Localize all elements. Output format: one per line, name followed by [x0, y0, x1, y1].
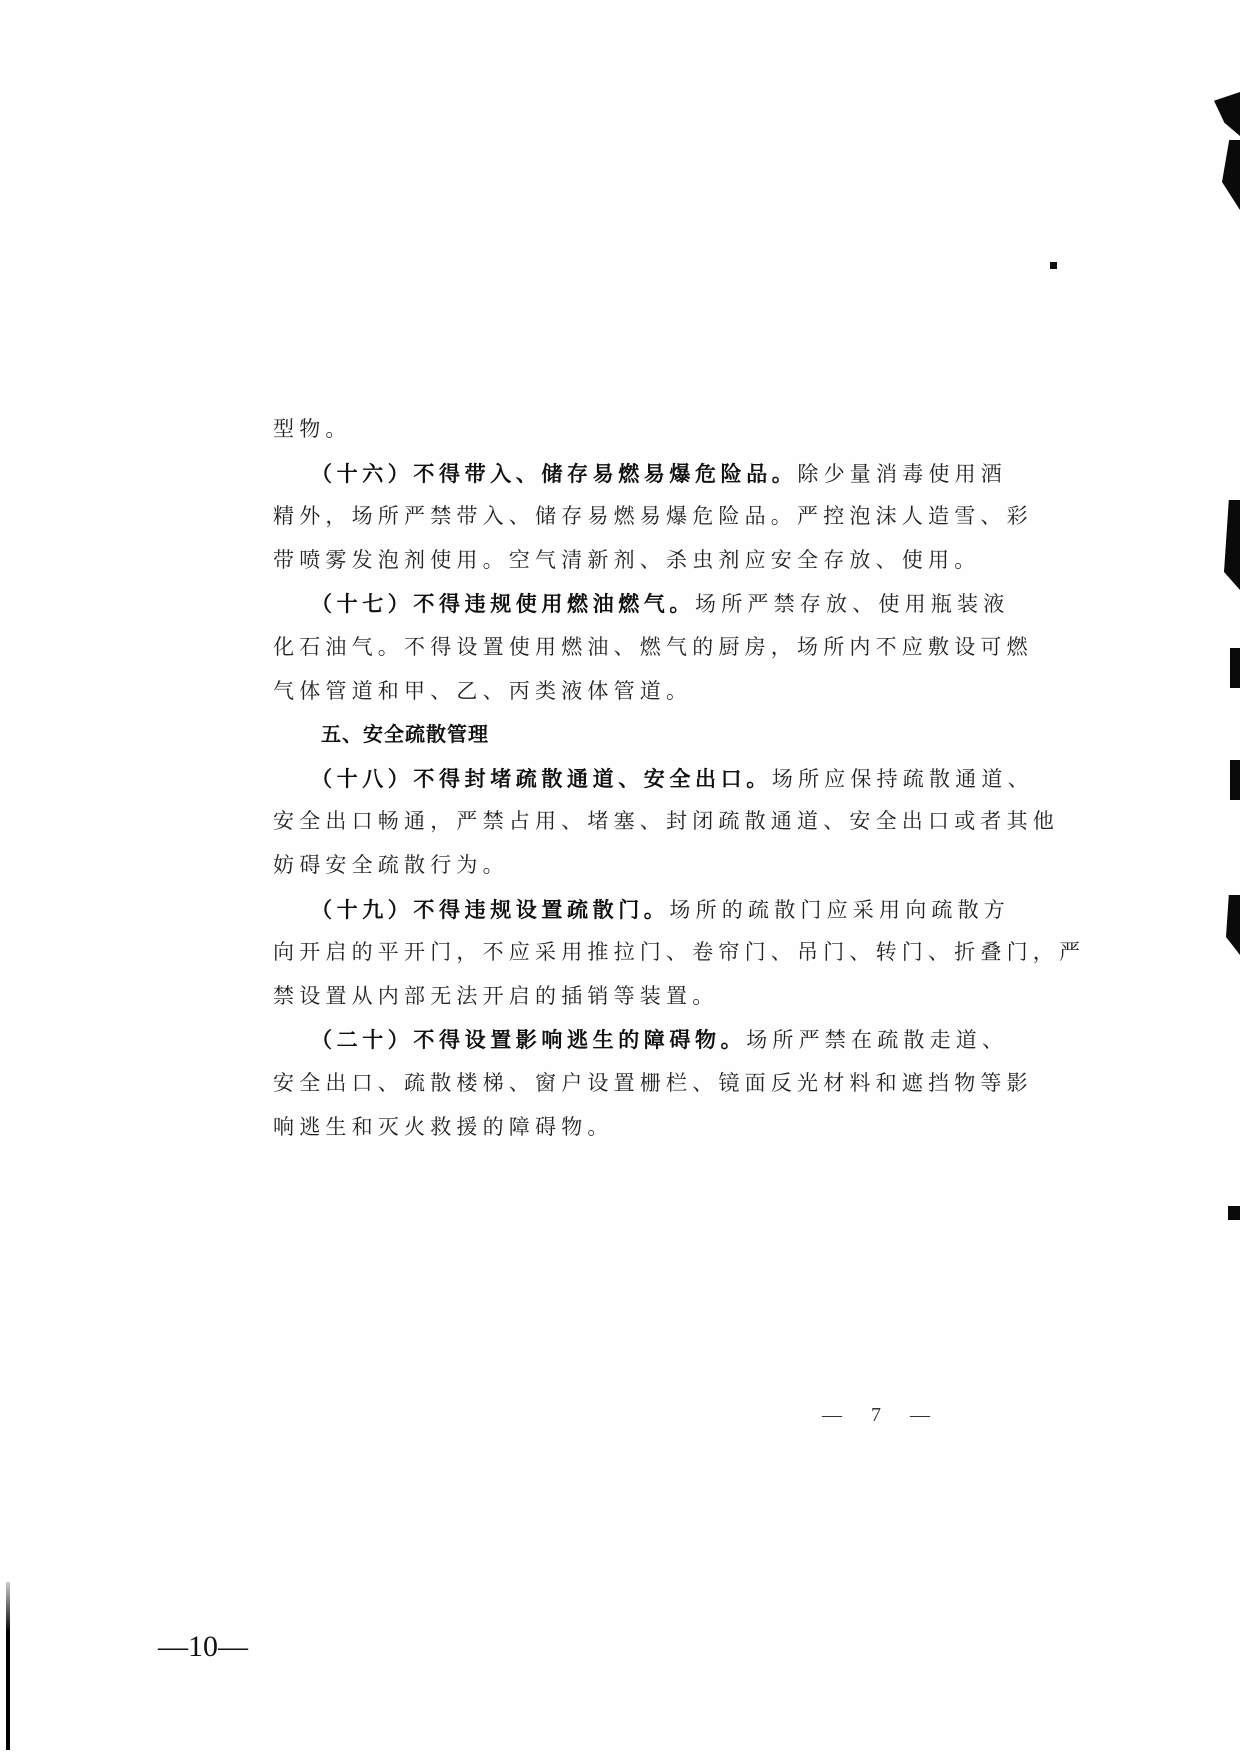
scan-edge-mark: [1230, 760, 1240, 800]
scan-edge-mark: [1226, 895, 1240, 955]
scan-edge-mark: [1222, 140, 1240, 210]
document-body: 型物。 （十六）不得带入、储存易燃易爆危险品。除少量消毒使用酒 精外，场所严禁带…: [273, 408, 933, 1149]
item-17-title: （十七）不得违规使用燃油燃气。: [311, 591, 695, 616]
item-16-title: （十六）不得带入、储存易燃易爆危险品。: [311, 461, 797, 486]
item-18-line: 安全出口畅通，严禁占用、堵塞、封闭疏散通道、安全出口或者其他: [273, 800, 933, 844]
item-18-line: 妨碍安全疏散行为。: [273, 844, 933, 888]
item-20-line: 响逃生和灭火救援的障碍物。: [273, 1106, 933, 1150]
item-17-line: 化石油气。不得设置使用燃油、燃气的厨房，场所内不应敷设可燃: [273, 626, 933, 670]
scan-edge-mark: [1214, 92, 1240, 136]
outer-page-number: —10—: [158, 1630, 248, 1664]
scan-edge-mark: [1224, 500, 1240, 590]
item-19-first-line: （十九）不得违规设置疏散门。场所的疏散门应采用向疏散方: [273, 888, 933, 932]
item-16-first-line: （十六）不得带入、储存易燃易爆危险品。除少量消毒使用酒: [273, 452, 933, 496]
scan-edge-mark: [1230, 648, 1240, 688]
item-19-line: 向开启的平开门，不应采用推拉门、卷帘门、吊门、转门、折叠门，严: [273, 931, 933, 975]
item-17-line: 气体管道和甲、乙、丙类液体管道。: [273, 670, 933, 714]
scan-edge-line: [6, 1582, 10, 1750]
section-heading: 五、安全疏散管理: [273, 713, 933, 757]
item-18-first-line: （十八）不得封堵疏散通道、安全出口。场所应保持疏散通道、: [273, 757, 933, 801]
item-19-title: （十九）不得违规设置疏散门。: [311, 897, 669, 922]
scan-artifact-dot: [1050, 262, 1057, 269]
item-16-line: 带喷雾发泡剂使用。空气清新剂、杀虫剂应安全存放、使用。: [273, 539, 933, 583]
scan-edge-mark: [1228, 1206, 1240, 1220]
item-20-first-line: （二十）不得设置影响逃生的障碍物。场所严禁在疏散走道、: [273, 1018, 933, 1062]
item-18-title: （十八）不得封堵疏散通道、安全出口。: [311, 766, 772, 791]
item-17-first-line: （十七）不得违规使用燃油燃气。场所严禁存放、使用瓶装液: [273, 582, 933, 626]
inner-page-number: — 7 —: [822, 1404, 942, 1427]
item-19-line: 禁设置从内部无法开启的插销等装置。: [273, 975, 933, 1019]
paragraph-continuation: 型物。: [273, 408, 933, 452]
item-16-line: 精外，场所严禁带入、储存易燃易爆危险品。严控泡沫人造雪、彩: [273, 495, 933, 539]
item-20-title: （二十）不得设置影响逃生的障碍物。: [311, 1027, 746, 1052]
item-20-line: 安全出口、疏散楼梯、窗户设置栅栏、镜面反光材料和遮挡物等影: [273, 1062, 933, 1106]
